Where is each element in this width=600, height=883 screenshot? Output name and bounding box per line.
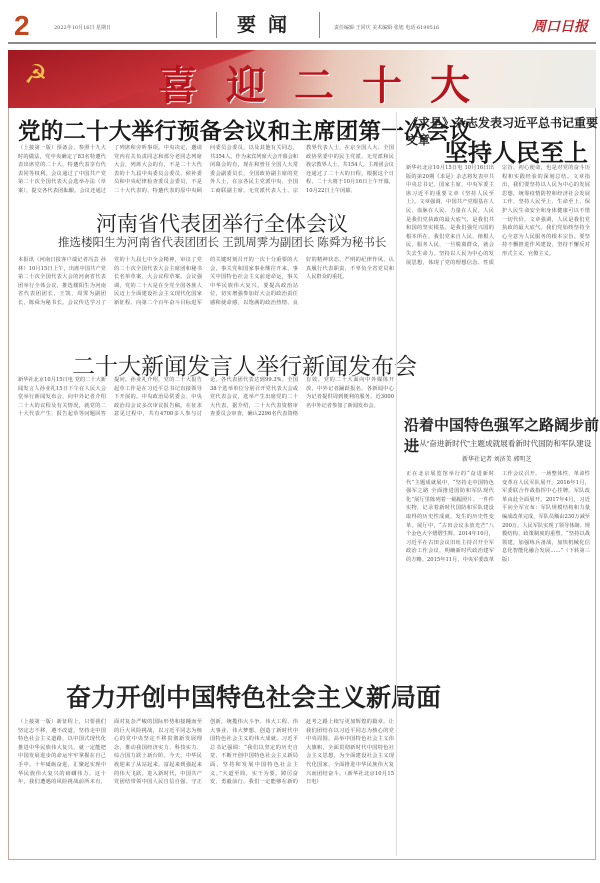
article-body: 正在北京展览馆举行的“奋进新时代”主题成就展中，“坚持走中国特色强军之路 全面推… <box>406 470 590 850</box>
article-body: （上接第一版）预备会，参照十九大时的做法，党中央确定了83名特邀代表出席党的二十… <box>18 144 394 202</box>
issue-date: 2022年10月16日 星期日 <box>54 24 111 31</box>
column-divider <box>396 112 397 856</box>
article-headline: 沿着中国特色强军之路阔步前进 <box>404 414 600 456</box>
article-body: 本报讯（河南日报客户端记者冯芸 孙林）10月15日上午，出席中国共产党第二十次全… <box>18 256 394 344</box>
article-byline: 新华社记者 刘济美 郭明芝 <box>462 454 531 463</box>
party-emblem-icon: ☭ <box>24 62 50 88</box>
article-body: 新华社北京10月15日电 党的二十大新闻发言人孙业礼15日下午在人民大会堂举行新… <box>18 376 394 666</box>
article-headline: 奋力开创中国特色社会主义新局面 <box>66 678 441 714</box>
page-number: 2 <box>14 10 30 42</box>
banner-title: 喜迎二十大 <box>158 54 498 108</box>
newspaper-logo: 周口日报 <box>532 16 588 36</box>
article-headline: 党的二十大举行预备会议和主席团第一次会议 <box>18 114 472 146</box>
theme-banner: ☭ 喜迎二十大 <box>8 50 596 108</box>
article-body: 新华社北京10月15日电 10月16日出版的第20期《求是》杂志将发表中共中央总… <box>406 164 590 402</box>
article-subheadline: 推选楼阳生为河南省代表团团长 王凯周霁为副团长 陈舜为秘书长 <box>58 234 386 250</box>
article-headline: 坚持人民至上 <box>444 133 588 168</box>
article-subheadline: ——从“奋进新时代”主题成就展看新时代国防和军队建设 <box>404 438 591 449</box>
section-title: 要闻 <box>216 12 320 38</box>
article-body: （上接第一版）新征程上，只要我们坚定志不移，遵不改道，坚持走中国特色社会主义道路… <box>18 718 394 850</box>
page-header: 2 2022年10月16日 星期日 要闻 责任编辑·王同庆 美术编辑·张旭 电话… <box>8 6 596 44</box>
editor-credits: 责任编辑·王同庆 美术编辑·张旭 电话·6199516 <box>334 24 439 31</box>
